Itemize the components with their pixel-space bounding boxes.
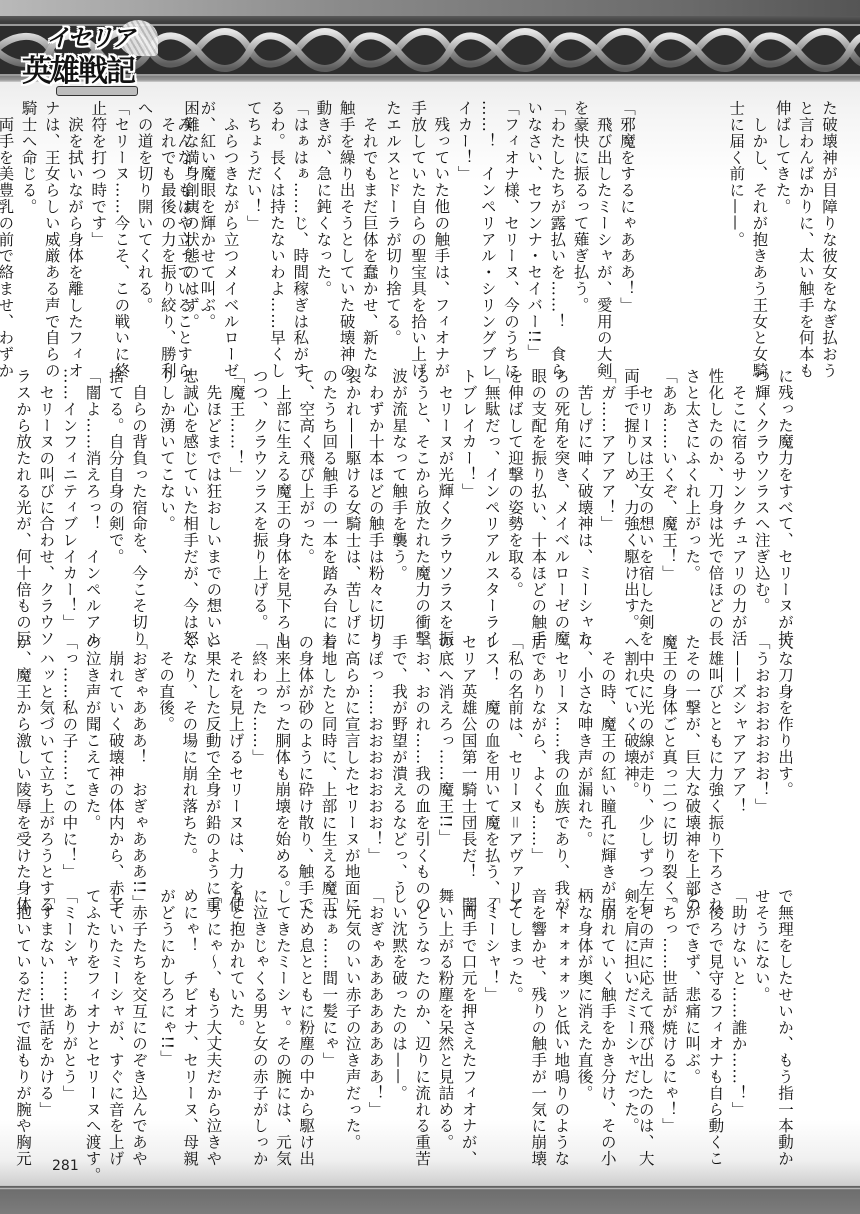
text-line: のたうち回る触手の一本を踏み台にし bbox=[317, 368, 340, 626]
text-line: つつ、クラウソラスを振り上げる。 bbox=[248, 368, 271, 626]
text-line: 元気のいい赤子の泣き声だった。 bbox=[340, 888, 363, 1146]
text-line: 伸ばしてきた。 bbox=[770, 100, 793, 362]
logo-title-line2: 英雄戦記 bbox=[22, 46, 134, 90]
text-line: 捨てる。自分自身の剣で。 bbox=[104, 368, 127, 626]
text-line: 「おぎゃああああああああ！」 bbox=[364, 888, 387, 1146]
text-line: 大な刀身を作り出す。 bbox=[773, 634, 796, 882]
text-line: 士に届く前に——。 bbox=[724, 100, 747, 362]
text-line: その直後。 bbox=[154, 634, 177, 882]
page-number: 281 bbox=[52, 1158, 79, 1174]
text-line: してきたミーシャ。その腕には、元気 bbox=[271, 888, 294, 1146]
text-line: せそうにない。 bbox=[750, 888, 773, 1146]
text-line: 「うにゃ～、もう大丈夫だから泣きや bbox=[201, 888, 224, 1146]
text-line: セリーヌの叫びに合わせ、クラウソ bbox=[34, 368, 57, 626]
text-block-r4-c3: しい沈黙を破ったのは——。 「おぎゃああああああああ！」 元気のいい赤子の泣き声… bbox=[155, 888, 410, 1146]
text-line: 出来上がった胴体も崩壊を始める。 bbox=[270, 634, 293, 882]
text-line: ハッと気づいて立ち上がろうとする bbox=[34, 634, 57, 882]
text-line: てふたりをフィオナとセリーヌへ渡す。 bbox=[80, 888, 103, 1146]
text-line: と言わんばかりに、太い触手を何本も bbox=[794, 100, 817, 362]
text-line: 手放していた自らの聖宝具を拾い上げ bbox=[406, 100, 429, 362]
text-line: 手で、我が野望が潰えるなどっ、う bbox=[387, 634, 410, 882]
text-line: 「終わった……」 bbox=[247, 634, 270, 882]
text-line: 「邪魔をするにゃあああ！」 bbox=[615, 100, 638, 362]
text-block-r1-c3: たエルスとドーラが切り捨てる。 それでもまだ巨体を蠢かせ、新たな 触手を繰り出そ… bbox=[172, 100, 404, 362]
text-line: がどうにかしろにゃ!!」 bbox=[155, 888, 178, 1146]
text-line: て、空高く飛び上がった。 bbox=[294, 368, 317, 626]
text-line: してしまった。 bbox=[503, 888, 526, 1146]
text-block-r4-c4: 赤子たちを交互にのぞき込んであや していたミーシャが、すぐに音を上げ てふたりを… bbox=[11, 888, 150, 1146]
text-line: していたミーシャが、すぐに音を上げ bbox=[104, 888, 127, 1146]
text-line: それでも最後の力を振り絞り、勝利 bbox=[156, 100, 179, 362]
text-line: 両手で口元を押さえたフィオナが、 bbox=[456, 888, 479, 1146]
text-line: 「お、おのれ……我の血を引くものの bbox=[410, 634, 433, 882]
text-line: 「魔王……！」 bbox=[224, 368, 247, 626]
text-line: しい沈黙を破ったのは——。 bbox=[387, 888, 410, 1146]
text-line: それを見上げるセリーヌは、力を使 bbox=[224, 634, 247, 882]
text-line: ラスから放たれる光が、何十倍もの巨 bbox=[11, 368, 34, 626]
text-line: ふらつきながら立つメイベルローゼ bbox=[218, 100, 241, 362]
text-line: 「うおおおおおおお！」 bbox=[750, 634, 773, 882]
text-line: ドォォォォッと低い地鳴りのような bbox=[549, 888, 572, 1146]
text-block-r4-c2: 剣を肩に担いだミーシャだった。 崩れていく触手をかき分け、その小 柄な身体が奥に… bbox=[410, 888, 642, 1146]
text-line: 両手で握りしめ、力強く駆け出す。 bbox=[619, 368, 642, 626]
text-line: 眼の支配を振り払い、十本ほどの触手 bbox=[526, 368, 549, 626]
text-line: とができず、悲痛に叫ぶ。 bbox=[680, 888, 703, 1146]
text-line: 崩れていく触手をかき分け、その小 bbox=[596, 888, 619, 1146]
logo-ribbon bbox=[56, 86, 138, 96]
text-block-r3-c1: 大な刀身を作り出す。 「うおおおおおおお！」 ——ズシャアアアア！ 雄叫びととも… bbox=[634, 634, 796, 882]
text-line: 赤子たちを交互にのぞき込んであや bbox=[127, 888, 150, 1146]
footer-bar bbox=[0, 1186, 860, 1214]
text-line: 「はぁ……間一髪にゃ」 bbox=[317, 888, 340, 1146]
text-line: めにゃ！ チビオナ、セリーヌ、母親 bbox=[178, 888, 201, 1146]
text-line: 後ろで見守るフィオナも自ら動くこ bbox=[703, 888, 726, 1146]
text-line: 困難な満身創痍の状態のはず。 bbox=[179, 100, 202, 362]
text-line: しかし、それが抱きあう王女と女騎 bbox=[747, 100, 770, 362]
text-line: 触手を繰り出そうとしていた破壊神の bbox=[334, 100, 357, 362]
text-line: 「っ……私の子……この中に！」 bbox=[57, 634, 80, 882]
text-block-r3-c4: 「おぎゃあああ！ おぎゃあああ!!」 崩れていく破壊神の体内から、赤子 の泣き声… bbox=[11, 634, 150, 882]
text-line: 飛び出したミーシャが、愛用の大剣 bbox=[592, 100, 615, 362]
text-line: ちの死角を突き、メイベルローゼの魔 bbox=[549, 368, 572, 626]
text-line: レス！ 魔の血を用いて魔を払う、イ bbox=[480, 634, 503, 882]
text-line: 波が流星なって触手を襲う。 bbox=[387, 368, 410, 626]
text-line: 止符を打つ時です」 bbox=[86, 100, 109, 362]
text-block-r1-c1: た破壊神が目障りな彼女をなぎ払おう と言わんばかりに、太い触手を何本も 伸ばして… bbox=[724, 100, 840, 362]
text-line: 「セリーヌ……今こそ、この戦いに終 bbox=[109, 100, 132, 362]
text-line: 涙を拭いながら身体を離したフィオ bbox=[63, 100, 86, 362]
text-line: どうなったのか、辺りに流れる重苦 bbox=[410, 888, 433, 1146]
text-block-r2-c2: 両手で握りしめ、力強く駆け出す。 「ガ……アアアア！」 苦しげに呻く破壊神は、ミ… bbox=[410, 368, 642, 626]
text-line: 自らの背負った宿命を、今こそ切り bbox=[127, 368, 150, 626]
text-line: イカー！」 bbox=[452, 100, 475, 362]
text-line: 「わたしたちが露払いを……！ 食ら bbox=[545, 100, 568, 362]
text-line: 忠誠心を感じていた相手だが、今は怒 bbox=[178, 368, 201, 626]
text-line: その時、魔王の紅い瞳孔に輝きが戻 bbox=[596, 634, 619, 882]
text-line: いなさい、セフンナ・セイバー!!」 bbox=[522, 100, 545, 362]
text-line: 「ミーシャ……ありがとう」 bbox=[57, 888, 80, 1146]
text-line: へ割れていく破壊神。 bbox=[619, 634, 642, 882]
text-line: の泣き声が聞こえてきた。 bbox=[80, 634, 103, 882]
text-block-r1-c4: 困難な満身創痍の状態のはず。 それでも最後の力を振り絞り、勝利 への道を切り開い… bbox=[0, 100, 202, 362]
text-line: 「フィオナ様、セリーヌ、今のうちに bbox=[499, 100, 522, 362]
text-line: るうと、そこから放たれた魔力の衝撃 bbox=[410, 368, 433, 626]
text-block-r2-c3: 波が流星なって触手を襲う。 わずか十本ほどの触手は粉々に切り 裂かれ——駆ける女… bbox=[155, 368, 410, 626]
text-line: 「おぎゃあああ！ おぎゃあああ!!」 bbox=[127, 634, 150, 882]
text-line: そこに宿るサンクチュアリの力が活 bbox=[726, 368, 749, 626]
text-line: うぽっ……おおおおおおお！」 bbox=[363, 634, 386, 882]
text-line: 剣を肩に担いだミーシャだった。 bbox=[619, 888, 642, 1146]
text-line: 「ちっ……世話が焼けるにゃ！」 bbox=[657, 888, 680, 1146]
text-line: ——ズシャアアアア！ bbox=[726, 634, 749, 882]
text-line: セリーヌが光輝くクラウソラスを振 bbox=[433, 368, 456, 626]
text-line: の身体が砂のように砕け散り、触手で bbox=[293, 634, 316, 882]
text-line: くなり、その場に崩れ落ちた。 bbox=[177, 634, 200, 882]
text-line: 先ほどまでは狂おしいまでの想いと bbox=[201, 368, 224, 626]
text-line: 性化したのか、刀身は光で倍ほどの長 bbox=[703, 368, 726, 626]
text-line: 「ミーシャ！」 bbox=[480, 888, 503, 1146]
text-line: 后でありながら、よくも……」 bbox=[526, 634, 549, 882]
text-line: 動きが、急に鈍くなった。 bbox=[311, 100, 334, 362]
text-line: 「助けないと……誰か……！」 bbox=[726, 888, 749, 1146]
text-line: 「私の名前は、セリーヌ＝アヴァリア bbox=[503, 634, 526, 882]
text-line: に泣きじゃくる男と女の赤子がしっか bbox=[248, 888, 271, 1146]
text-line: 苦しげに呻く破壊神は、ミーシャた bbox=[572, 368, 595, 626]
text-line: 騎士へ命じる。 bbox=[16, 100, 39, 362]
text-line: 「はぁはぁ……じ、時間稼ぎは私がす bbox=[288, 100, 311, 362]
text-block-r1-c2: 「邪魔をするにゃあああ！」 飛び出したミーシャが、愛用の大剣 を豪快に振るって薙… bbox=[406, 100, 638, 362]
text-line: 裂かれ——駆ける女騎士は、苦しげに bbox=[340, 368, 363, 626]
text-line: 雄叫びとともに力強く振り下ろされ bbox=[703, 634, 726, 882]
text-line: ……！ インペリアル・シリングブレ bbox=[476, 100, 499, 362]
text-line: 「無駄だっ、インペリアルスターライ bbox=[480, 368, 503, 626]
text-line: ナは、王女らしい威厳ある声で自らの bbox=[40, 100, 63, 362]
text-line: 柄な身体が奥に消えた直後。 bbox=[572, 888, 595, 1146]
text-block-r3-c3: うぽっ……おおおおおおお！」 高らかに宣言したセリーヌが地面に 着地したと同時に… bbox=[154, 634, 386, 882]
text-line: 「ああ……いくぞ、魔王！」 bbox=[657, 368, 680, 626]
text-line: わずか十本ほどの触手は粉々に切り bbox=[364, 368, 387, 626]
text-block-r2-c4: 自らの背負った宿命を、今こそ切り 捨てる。自分自身の剣で。 「闇よ……消えろっ！… bbox=[11, 368, 150, 626]
text-line: ……インフィニティブレイカー！」 bbox=[57, 368, 80, 626]
text-line: てちょうだい！」 bbox=[242, 100, 265, 362]
text-line: 着地したと同時に、上部に生える魔王 bbox=[316, 634, 339, 882]
text-line: への道を切り開いてくれる。 bbox=[132, 100, 155, 362]
text-block-r3-c2: へ割れていく破壊神。 その時、魔王の紅い瞳孔に輝きが戻 り、小さな呻き声が漏れた… bbox=[387, 634, 642, 882]
text-block-r4-c1: で無理をしたせいか、もう指一本動か せそうにない。 「助けないと……誰か……！」… bbox=[634, 888, 796, 1146]
text-line: 残っていた他の触手は、フィオナが bbox=[429, 100, 452, 362]
header-banner: イセリア 英雄戦記 bbox=[0, 0, 860, 82]
text-line: るわ。長くは持たないわよ……早くし bbox=[265, 100, 288, 362]
text-line: 高らかに宣言したセリーヌが地面に bbox=[340, 634, 363, 882]
text-line: 舞い上がる粉塵を呆然と見詰める。 bbox=[433, 888, 456, 1146]
text-line: い果たした反動で全身が鉛のように重 bbox=[200, 634, 223, 882]
text-line: たエルスとドーラが切り捨てる。 bbox=[381, 100, 404, 362]
text-line: つ輝くクラウソラスへ注ぎ込む。 bbox=[750, 368, 773, 626]
series-logo: イセリア 英雄戦記 bbox=[8, 12, 158, 90]
text-line: が、魔王から激しい陵辱を受けた身体 bbox=[11, 634, 34, 882]
text-line: た破壊神が目障りな彼女をなぎ払おう bbox=[817, 100, 840, 362]
text-line: さと太さにふくれ上がった。 bbox=[680, 368, 703, 626]
text-line: に残った魔力をすべて、セリーヌが持 bbox=[773, 368, 796, 626]
text-line: 両手を美豊乳の前で絡ませ、わずか bbox=[0, 100, 16, 362]
text-line: 「ガ……アアアア！」 bbox=[596, 368, 619, 626]
text-line: の底へ消えろっ……魔王!!」 bbox=[433, 634, 456, 882]
text-line: を豪快に振るって薙ぎ払う。 bbox=[568, 100, 591, 362]
text-line: り、小さな呻き声が漏れた。 bbox=[572, 634, 595, 882]
text-line: 「セリーヌ……我の血族であり、我が bbox=[549, 634, 572, 882]
text-line: 魔王の身体ごと真っ二つに切り裂く。 bbox=[657, 634, 680, 882]
text-line: 崩れていく破壊神の体内から、赤子 bbox=[104, 634, 127, 882]
text-line: で無理をしたせいか、もう指一本動か bbox=[773, 888, 796, 1146]
text-line: を伸ばして迎撃の姿勢を取る。 bbox=[503, 368, 526, 626]
text-line: セリア英雄公国第一騎士団長だ！ 闇 bbox=[456, 634, 479, 882]
footer-highlight-line bbox=[0, 1188, 860, 1189]
text-line: 上部に生える魔王の身体を見下ろし bbox=[271, 368, 294, 626]
text-line: 「すまない……世話をかける」 bbox=[34, 888, 57, 1146]
text-block-r2-c1: に残った魔力をすべて、セリーヌが持 つ輝くクラウソラスへ注ぎ込む。 そこに宿るサ… bbox=[634, 368, 796, 626]
text-line: トブレイカー！」 bbox=[456, 368, 479, 626]
text-line: それでもまだ巨体を蠢かせ、新たな bbox=[358, 100, 381, 362]
text-line: たその一撃が、巨大な破壊神を上部の bbox=[680, 634, 703, 882]
text-line: りしか湧いてこない。 bbox=[155, 368, 178, 626]
text-line: 抱いているだけで温もりが腕や胸元 bbox=[11, 888, 34, 1146]
text-line: りと抱かれていた。 bbox=[224, 888, 247, 1146]
text-line: 「闇よ……消えろっ！ インペルアル bbox=[80, 368, 103, 626]
text-line: ため息とともに粉塵の中から駆け出 bbox=[294, 888, 317, 1146]
text-line: 音を響かせ、残りの触手が一気に崩壊 bbox=[526, 888, 549, 1146]
